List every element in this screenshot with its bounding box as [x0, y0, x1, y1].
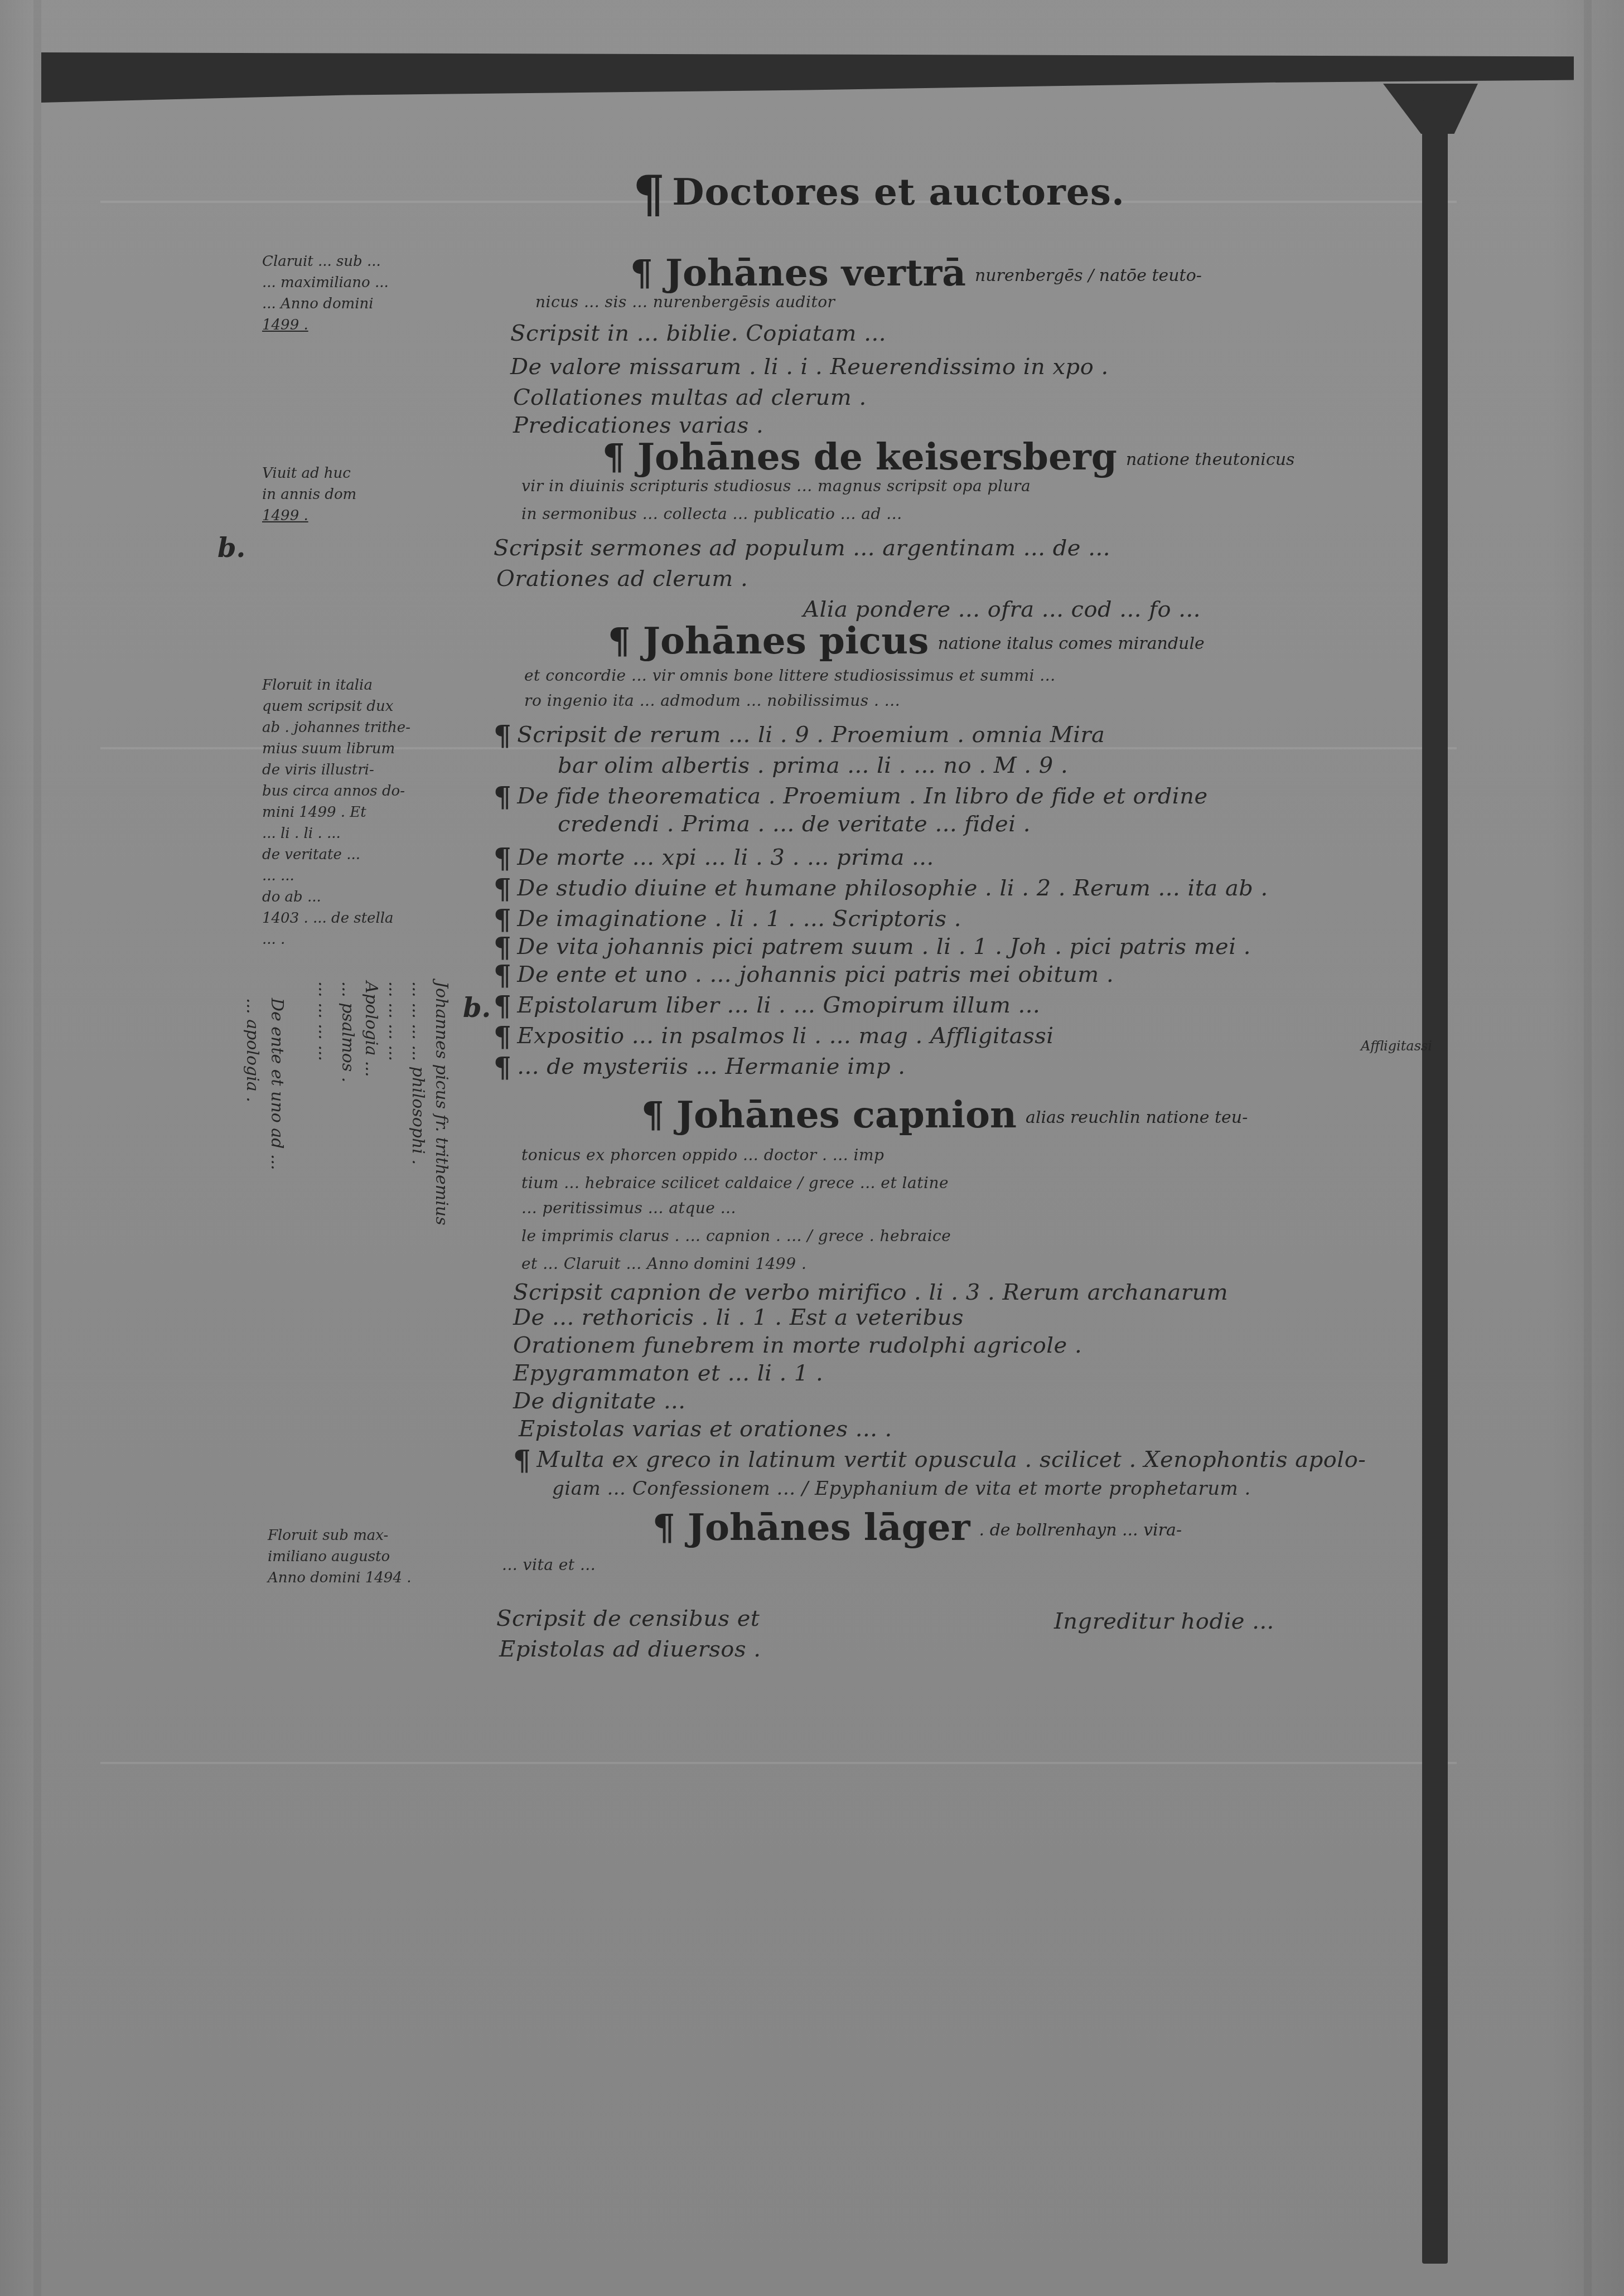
entry-line: Scripsit in ... biblie. Copiatam ... [510, 321, 886, 346]
margin-note-picus: Floruit in italia quem scripsit dux ab .… [262, 675, 410, 950]
entry-line: Epistolas varias et orationes ... . [519, 1416, 892, 1442]
paragraph-mark-icon: ¶ [494, 990, 511, 1023]
paragraph-mark-icon: ¶ [513, 1444, 531, 1477]
paragraph-mark-icon: ¶ [630, 253, 653, 294]
page-edge-right [1584, 0, 1592, 2296]
vertical-margin-note-picus: Johannes picus fr. trithemius ... ... ..… [312, 981, 453, 1225]
margin-note-langer: Floruit sub max- imiliano augusto Anno d… [268, 1525, 411, 1588]
entry-line: in sermonibus ... collecta ... publicati… [521, 505, 902, 523]
scan-shadow-top-bar [41, 52, 1574, 103]
entry-line: Orationes ad clerum . [496, 566, 748, 592]
entry-line: nicus ... sis ... nurenbergēsis auditor [535, 293, 835, 311]
entry-title-langer: ¶Johānes lāger. de bollrenhayn ... vira- [652, 1505, 1182, 1549]
margin-note-vertra: Claruit ... sub ... ... maximiliano ... … [262, 251, 389, 336]
entry-line: et ... Claruit ... Anno domini 1499 . [521, 1254, 806, 1273]
entry-line: ro ingenio ita ... admodum ... nobilissi… [524, 691, 900, 710]
entry-line: Orationem funebrem in morte rudolphi agr… [513, 1333, 1082, 1358]
paragraph-mark-icon: ¶ [494, 719, 511, 752]
entry-line: Ingreditur hodie ... [1054, 1609, 1274, 1634]
entry-line: vir in diuinis scripturis studiosus ... … [521, 477, 1031, 495]
paragraph-mark-icon: ¶ [494, 781, 511, 813]
entry-line: Epistolas ad diuersos . [499, 1636, 761, 1662]
entry-line: Scripsit de censibus et [496, 1606, 760, 1631]
paragraph-mark-icon: ¶ [494, 1051, 511, 1084]
vertical-margin-note: De ente et uno ad ... ... apologia . [240, 998, 289, 1170]
entry-line: tium ... hebraice scilicet caldaice / gr… [521, 1174, 949, 1192]
entry-line: ... vita et ... [502, 1556, 596, 1574]
paragraph-mark-icon: ¶ [608, 621, 631, 662]
entry-title-vertra: ¶Johānes vertrānurenbergēs / natōe teuto… [630, 251, 1202, 294]
paragraph-mark-icon: ¶ [494, 842, 511, 875]
entry-line: ¶Scripsit de rerum ... li . 9 . Proemium… [494, 719, 1105, 752]
entry-line: De valore missarum . li . i . Reuerendis… [510, 354, 1109, 380]
page-title: ¶Doctores et auctores. [633, 164, 1125, 224]
entry-line: credendi . Prima . ... de veritate ... f… [558, 811, 1031, 837]
entry-line: bar olim albertis . prima ... li . ... n… [558, 753, 1068, 778]
entry-line: ¶Multa ex greco in latinum vertit opuscu… [513, 1444, 1366, 1477]
right-margin-note: Affligitassi [1361, 1038, 1432, 1054]
paragraph-mark-icon: ¶ [602, 437, 625, 478]
entry-line: ¶Epistolarum liber ... li . ... Gmopirum… [494, 990, 1040, 1023]
scan-shadow-side-bar [1422, 100, 1448, 2264]
entry-line: ¶De studio diuine et humane philosophie … [494, 873, 1268, 905]
margin-note-keisersberg: Viuit ad huc in annis dom 1499 . [262, 463, 356, 526]
entry-title-keisersberg: ¶Johānes de keisersbergnatione theutonic… [602, 435, 1294, 478]
entry-line: ¶... de mysteriis ... Hermanie imp . [494, 1051, 905, 1084]
entry-line: Scripsit sermones ad populum ... argenti… [494, 535, 1110, 561]
entry-line: tonicus ex phorcen oppido ... doctor . .… [521, 1146, 884, 1164]
paragraph-mark-icon: ¶ [641, 1094, 664, 1136]
paragraph-mark-icon: ¶ [494, 873, 511, 905]
paragraph-mark-icon: ¶ [652, 1507, 675, 1549]
entry-line: ¶De fide theorematica . Proemium . In li… [494, 781, 1208, 813]
entry-line: Scripsit capnion de verbo mirifico . li … [513, 1280, 1228, 1305]
paragraph-mark-icon: ¶ [494, 1020, 511, 1053]
entry-line: De ... rethoricis . li . 1 . Est a veter… [513, 1305, 964, 1330]
pilcrow-icon: ¶ [633, 164, 665, 224]
entry-line: Collationes multas ad clerum . [513, 385, 867, 410]
entry-title-capnion: ¶Johānes capnionalias reuchlin natione t… [641, 1093, 1248, 1136]
margin-letter-b: b. [217, 532, 245, 564]
entry-line: et concordie ... vir omnis bone littere … [524, 666, 1056, 685]
paragraph-mark-icon: ¶ [494, 959, 511, 992]
paper-crease [100, 1762, 1457, 1764]
entry-line: ¶De morte ... xpi ... li . 3 . ... prima… [494, 842, 934, 875]
entry-line: le imprimis clarus . ... capnion . ... /… [521, 1227, 951, 1245]
entry-line: De dignitate ... [513, 1388, 686, 1414]
entry-line: ¶Expositio ... in psalmos li . ... mag .… [494, 1020, 1054, 1053]
entry-line: ¶De ente et uno . ... johannis pici patr… [494, 959, 1114, 992]
entry-title-picus: ¶Johānes picusnatione italus comes miran… [608, 619, 1205, 662]
page-edge-left [33, 0, 41, 2296]
entry-line: Epygrammaton et ... li . 1 . [513, 1360, 823, 1386]
entry-line: ... peritissimus ... atque ... [521, 1199, 736, 1217]
margin-letter-b: b. [463, 992, 491, 1024]
entry-line: giam ... Confessionem ... / Epyphanium d… [552, 1478, 1251, 1500]
